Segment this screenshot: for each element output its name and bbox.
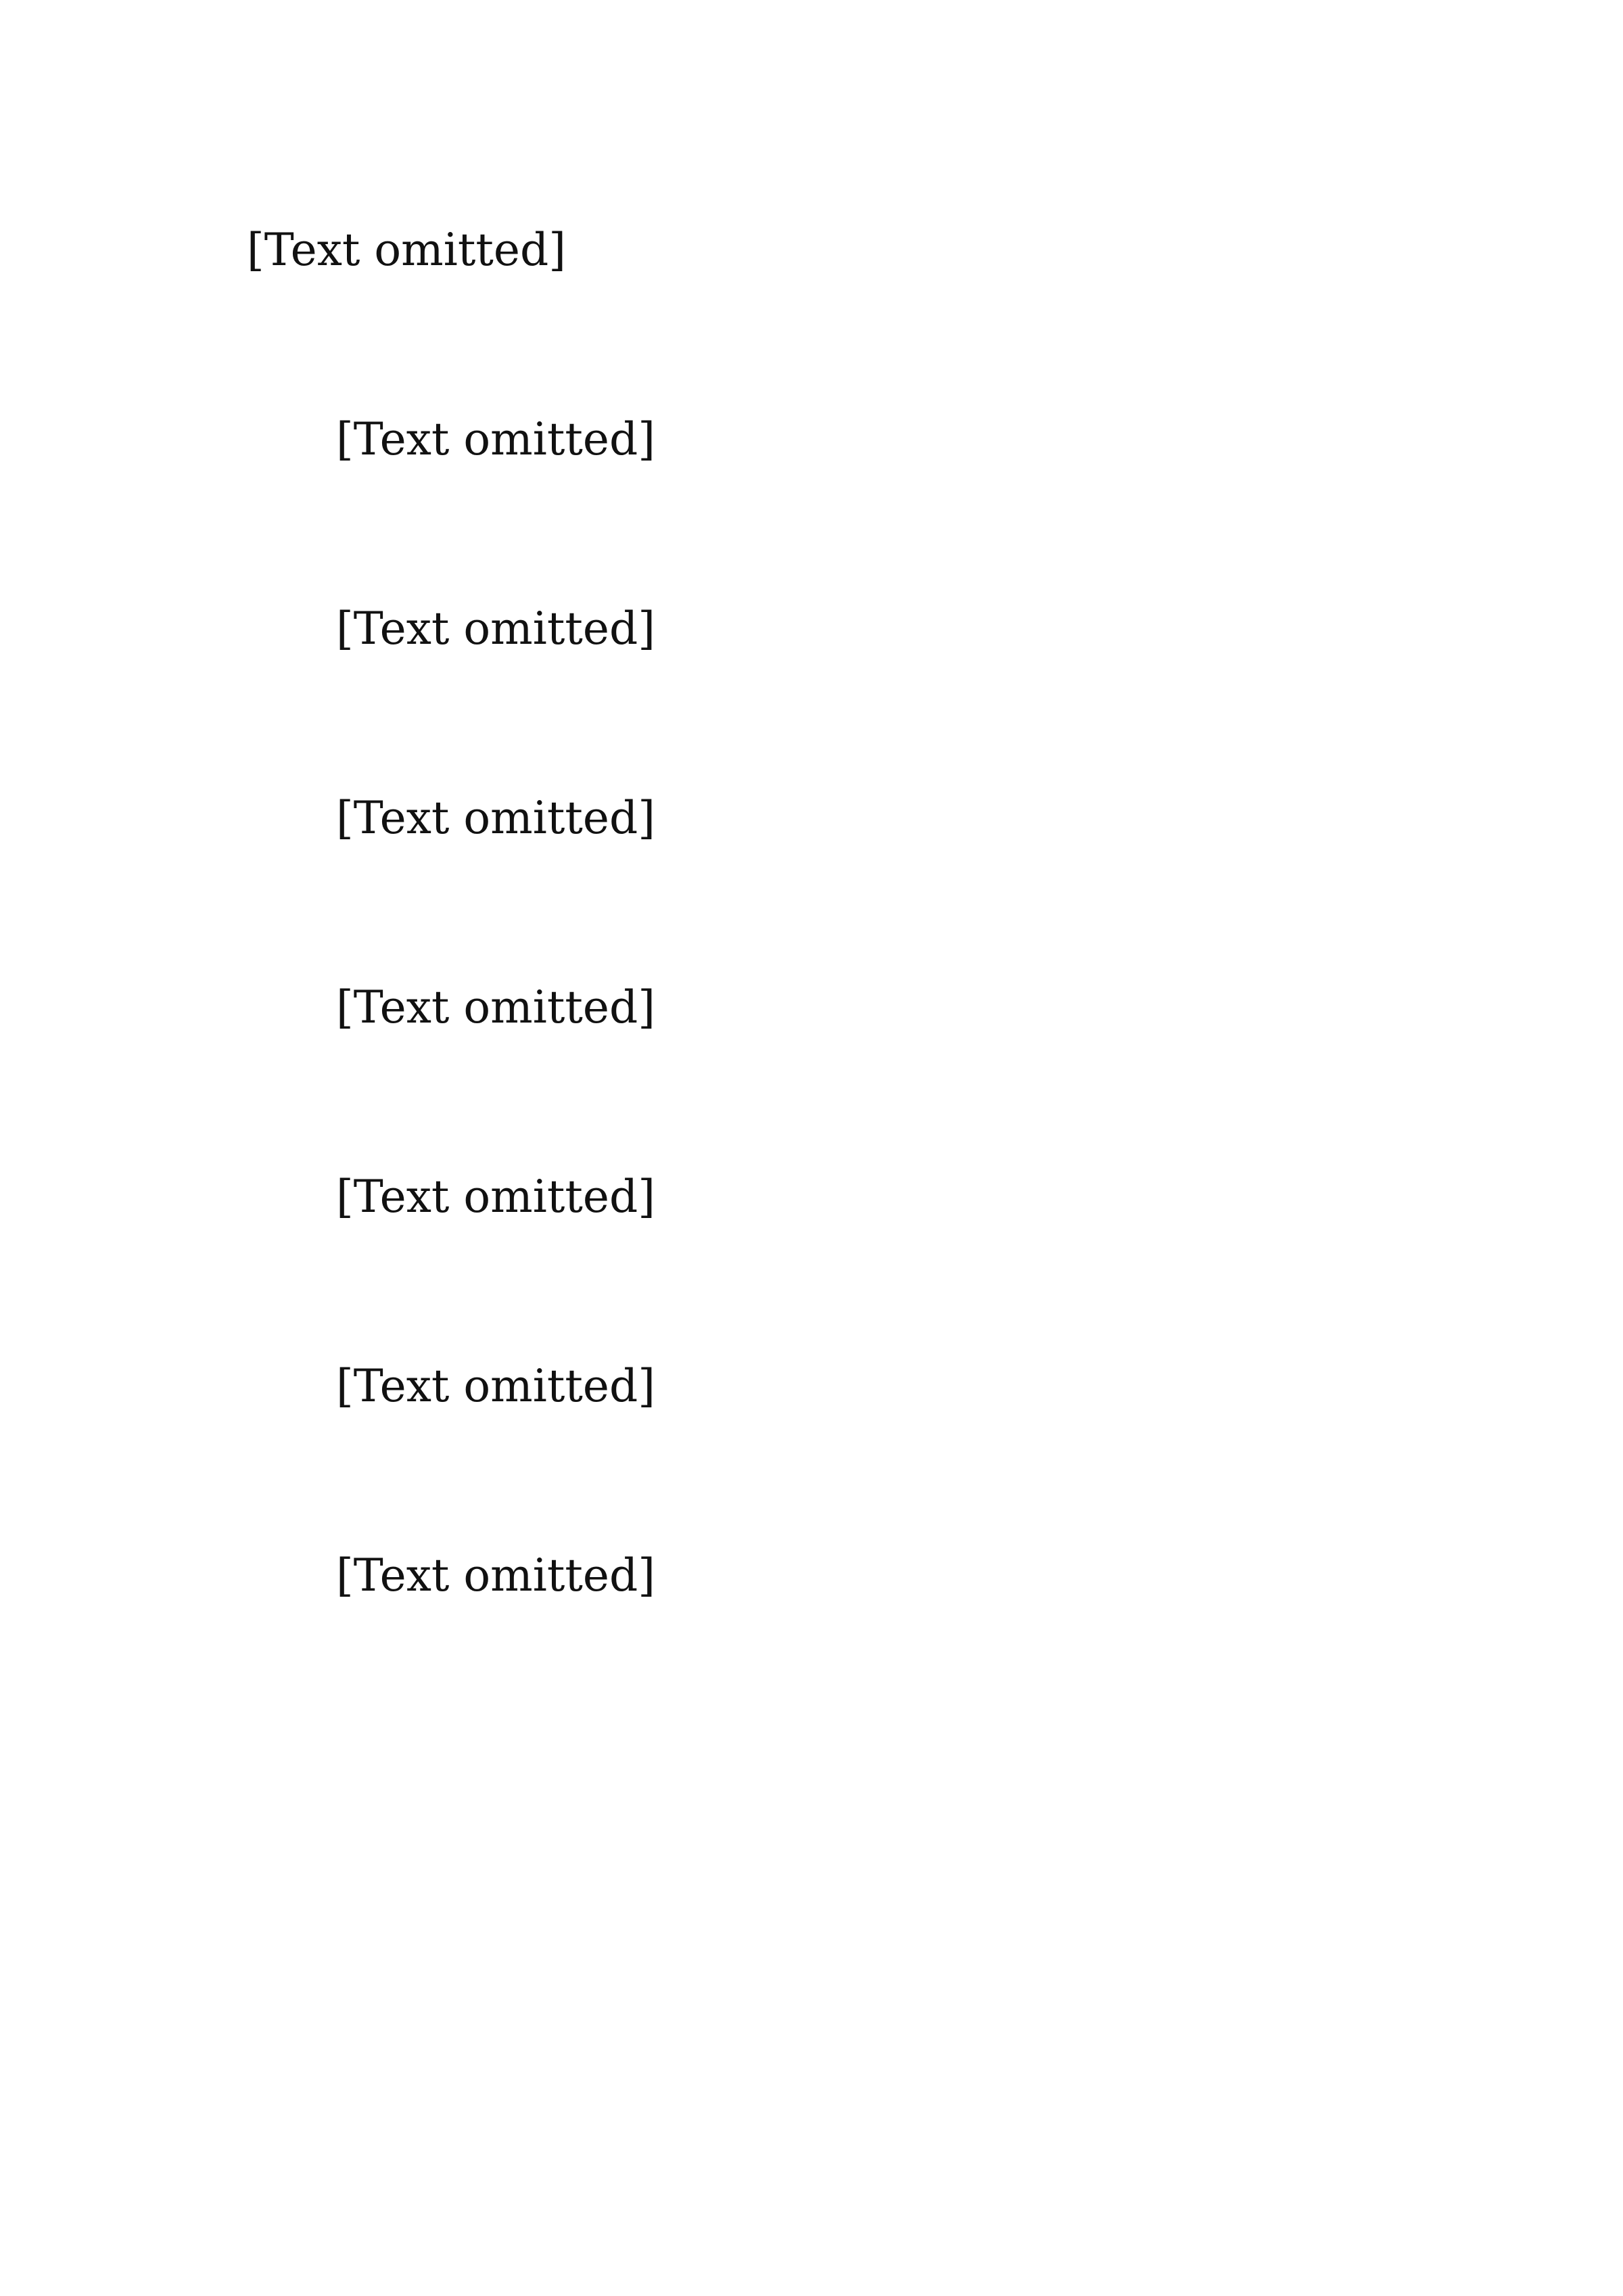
paragraph: [Text omitted] — [247, 960, 1383, 1055]
paragraph: [Text omitted] — [247, 1150, 1383, 1244]
paragraph: [Text omitted] — [247, 771, 1383, 866]
paragraph: [Text omitted] — [247, 1528, 1383, 1623]
document-page: [Text omitted] [Text omitted] [Text omit… — [247, 203, 1383, 1718]
paragraph: [Text omitted] — [247, 582, 1383, 676]
paragraph: [Text omitted] — [247, 203, 1383, 298]
paragraph: [Text omitted] — [247, 392, 1383, 487]
paragraph: [Text omitted] — [247, 1339, 1383, 1434]
